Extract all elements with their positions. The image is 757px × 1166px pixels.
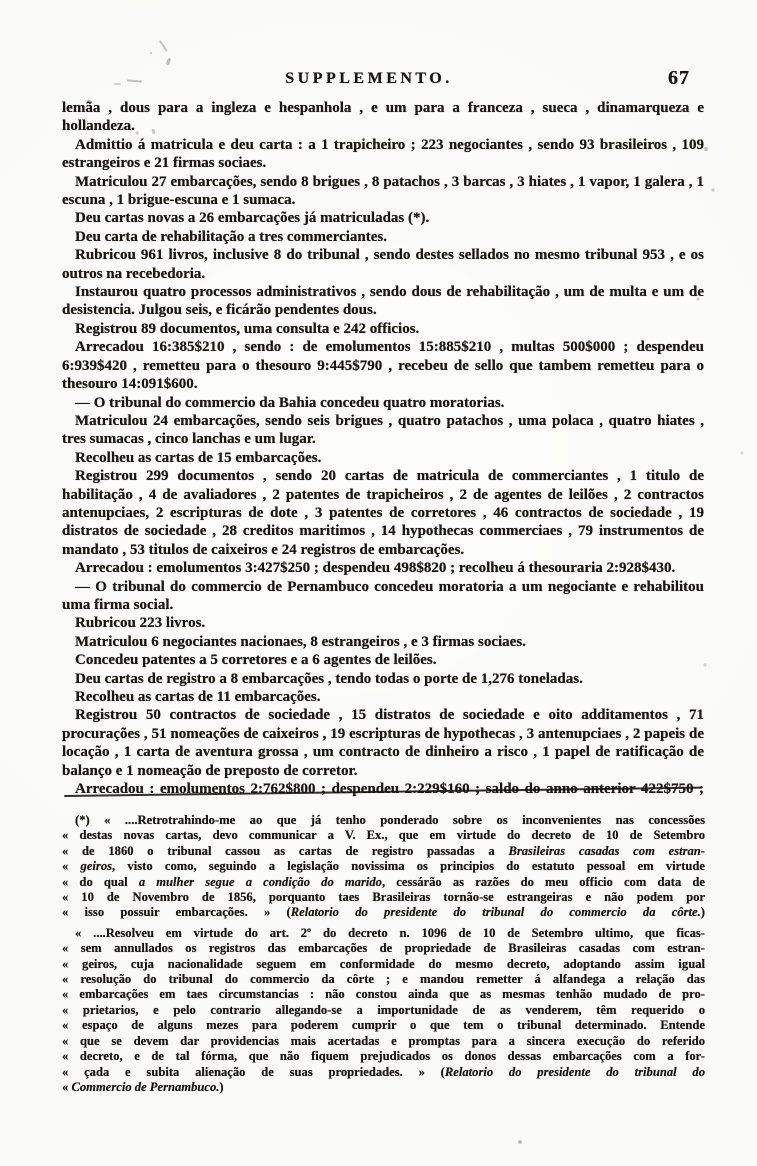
footnote-paragraph: « ....Resolveu em virtude do art. 2º do … xyxy=(62,926,705,1095)
paragraph: Rubricou 961 livros, inclusive 8 do trib… xyxy=(62,246,704,283)
footnote-line: « decreto, e de tal fórma, que não fique… xyxy=(62,1049,705,1064)
footnote-line: « resolução do tribunal do commercio da … xyxy=(62,972,705,987)
footnote-line: « que se devem dar providencias mais ace… xyxy=(62,1034,705,1049)
paragraph: lemãa , dous para a ingleza e hespanhola… xyxy=(62,99,704,136)
footnote-line: « destas novas cartas, devo communicar a… xyxy=(62,828,705,843)
footnote-line: « prietarios, e pelo contrario allegando… xyxy=(62,1003,705,1018)
paragraph: Arrecadou 16:385$210 , sendo : de emolum… xyxy=(62,338,704,393)
paragraph: Arrecadou : emolumentos 3:427$250 ; desp… xyxy=(62,559,704,577)
paragraph: Concedeu patentes a 5 corretores e a 6 a… xyxy=(62,651,704,669)
page-title: SUPPLEMENTO. xyxy=(48,70,690,88)
pencil-smudge xyxy=(166,58,171,65)
paragraph: Matriculou 6 negociantes nacionaes, 8 es… xyxy=(62,633,704,651)
footnote-paragraph: (*) « ....Retrotrahindo-me ao que já ten… xyxy=(62,813,705,921)
footnote-line: « Commercio de Pernambuco.) xyxy=(62,1080,705,1095)
paragraph: Deu cartas novas a 26 embarcações já mat… xyxy=(62,209,704,227)
paragraph: — O tribunal do commercio de Pernambuco … xyxy=(62,578,704,615)
footnote-line: « embarcações em taes circumstancias : n… xyxy=(62,987,705,1002)
paragraph: Matriculou 24 embarcações, sendo seis br… xyxy=(62,412,704,449)
page-header: SUPPLEMENTO. 67 xyxy=(62,70,704,96)
footnote-line: « do qual a mulher segue a condição do m… xyxy=(62,875,705,890)
pencil-smudge xyxy=(150,52,152,54)
paragraph: Admittio á matricula e deu carta : a 1 t… xyxy=(62,136,704,173)
paragraph: Matriculou 27 embarcações, sendo 8 brigu… xyxy=(62,173,704,210)
paragraph: Recolheu as cartas de 15 embarcações. xyxy=(62,449,704,467)
footnote-line: « geiros, visto como, seguindo a legisla… xyxy=(62,859,705,874)
footnote-line: « geiros, cuja nacionalidade seguem em c… xyxy=(62,957,705,972)
pencil-smudge xyxy=(159,40,168,52)
paragraph: Registrou 89 documentos, uma consulta e … xyxy=(62,320,704,338)
paragraph: Rubricou 223 livros. xyxy=(62,614,704,632)
footnote-line: « espaço de alguns mezes para poderem cu… xyxy=(62,1018,705,1033)
paragraph: Instaurou quatro processos administrativ… xyxy=(62,283,704,320)
footnote-line: « çada e subita alienação de suas propri… xyxy=(62,1065,705,1080)
footnote-line: (*) « ....Retrotrahindo-me ao que já ten… xyxy=(62,813,705,828)
footnote-line: « 10 de Novembro de 1856, porquanto taes… xyxy=(62,890,705,905)
footnote-line: « sem annullados os registros das embarc… xyxy=(62,941,705,956)
footnote-line: « ....Resolveu em virtude do art. 2º do … xyxy=(62,926,705,941)
paragraph: Registrou 299 documentos , sendo 20 cart… xyxy=(62,467,704,559)
paragraph: Deu carta de rehabilitação a tres commer… xyxy=(62,228,704,246)
paragraph: Deu cartas de registro a 8 embarcações ,… xyxy=(62,670,704,688)
footnote: (*) « ....Retrotrahindo-me ao que já ten… xyxy=(62,813,705,1095)
paragraph: — O tribunal do commercio da Bahia conce… xyxy=(62,394,704,412)
footnote-line: « de 1860 o tribunal cassou as cartas de… xyxy=(62,844,705,859)
paragraph: Registrou 50 contractos de sociedade , 1… xyxy=(62,706,704,780)
page-number: 67 xyxy=(668,67,690,90)
scan-specks xyxy=(0,0,2,2)
main-text: lemãa , dous para a ingleza e hespanhola… xyxy=(62,99,704,799)
footnote-line: « isso possuir embarcações. » (Relatorio… xyxy=(62,905,705,920)
scanned-page: SUPPLEMENTO. 67 lemãa , dous para a ingl… xyxy=(0,0,757,1166)
paragraph: Recolheu as cartas de 11 embarcações. xyxy=(62,688,704,706)
